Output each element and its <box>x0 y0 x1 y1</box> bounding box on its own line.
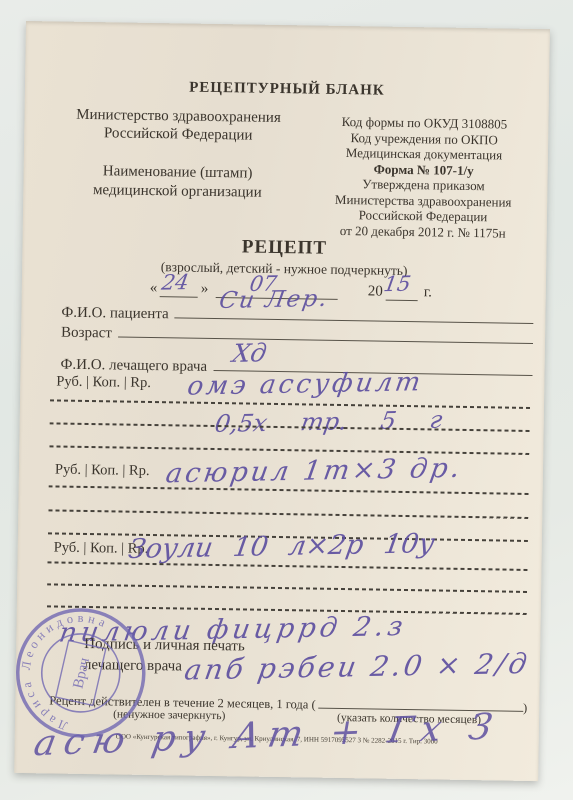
validity-close-paren: ) <box>523 701 527 716</box>
age-label: Возраст <box>61 325 112 343</box>
rp1-handwriting-line1: омэ ассуфилт <box>185 367 425 401</box>
doctor-stamp: Лариса Леонидовна Врач <box>5 597 157 749</box>
ministry-block: Министерство здравоохранения Российской … <box>52 105 305 145</box>
rp3-handwriting-line1: Зоули 10 л×2р 10у <box>126 528 436 565</box>
date-year-handwriting: 15 <box>382 272 413 296</box>
codes-block: Код формы по ОКУД 3108805 Код учреждения… <box>305 113 543 241</box>
rp-dashed-line <box>48 509 528 519</box>
date-century: 20 <box>368 283 383 300</box>
org-stamp-block: Наименование (штамп) медицинской организ… <box>51 161 304 203</box>
rp-dashed-line <box>50 399 530 409</box>
prescription-paper: РЕЦЕПТУРНЫЙ БЛАНК Министерство здравоохр… <box>14 21 550 781</box>
prescription-photo: РЕЦЕПТУРНЫЙ БЛАНК Министерство здравоохр… <box>0 0 573 800</box>
stamp-center-text: Врач <box>70 656 93 690</box>
date-year-suffix: г. <box>424 284 432 301</box>
patient-handwriting: Си Лер. <box>217 286 330 314</box>
date-close-quote: » <box>201 281 209 298</box>
date-open-quote: « <box>150 280 158 297</box>
date-day-handwriting: 24 <box>160 270 191 294</box>
signature-handwriting: апб рэбеи 2.0 × 2/д <box>182 647 532 686</box>
rp-dashed-line <box>47 583 527 593</box>
rp-block-label: Руб. | Коп. | Rp. <box>55 462 150 480</box>
org-stamp-line: медицинской организации <box>51 180 303 203</box>
doctor-handwriting: Хд <box>230 338 268 368</box>
rp2-handwriting-line1: асюрил 1т×3 др. <box>164 453 465 490</box>
rp1-handwriting-line2: 0,5х тр. 5 г <box>213 406 444 438</box>
form-title: РЕЦЕПТУРНЫЙ БЛАНК <box>25 77 549 102</box>
rp-dashed-line <box>47 561 527 571</box>
rp-block-label: Руб. | Коп. | Rp. <box>56 374 151 392</box>
